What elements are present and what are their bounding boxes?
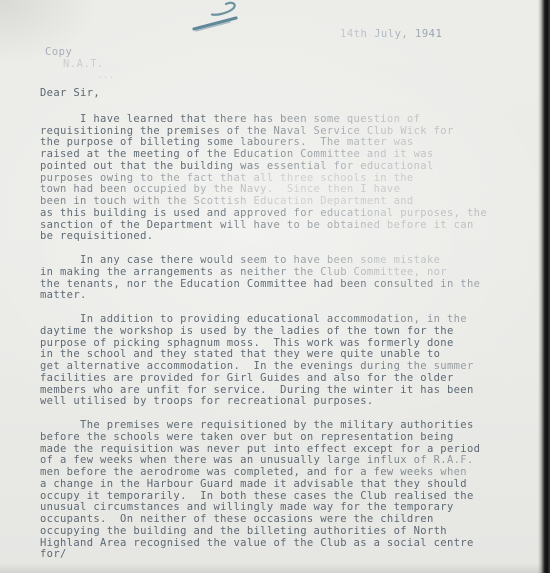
letter-line: matter.	[40, 290, 540, 302]
letter-line: the tenants, nor the Education Committee…	[40, 279, 540, 291]
letter-paragraphs: I have learned that there has been some …	[40, 114, 540, 561]
letter-line: been in touch with the Scottish Educatio…	[40, 196, 540, 208]
letter-line: occupying the building and the billeting…	[40, 526, 540, 538]
letter-line: In addition to providing educational acc…	[40, 314, 540, 326]
document-page: 14th July, 1941 Copy N.A.T. ... Dear Sir…	[0, 0, 550, 573]
letter-line: well utilised by troops for recreational…	[40, 396, 540, 408]
copy-annotation: Copy N.A.T. ...	[45, 46, 115, 82]
letter-line: Highland Area recognised the value of th…	[40, 538, 540, 550]
paragraph: In addition to providing educational acc…	[40, 314, 540, 408]
letter-line: In any case there would seem to have bee…	[40, 255, 540, 267]
letter-line: daytime the workshop is used by the ladi…	[40, 326, 540, 338]
letter-line: The premises were requisitioned by the m…	[40, 420, 540, 432]
paragraph: In any case there would seem to have bee…	[40, 255, 540, 302]
paragraph: The premises were requisitioned by the m…	[40, 420, 540, 561]
paragraph: I have learned that there has been some …	[40, 114, 540, 243]
letter-line: as this building is used and approved fo…	[40, 208, 540, 220]
letter-body: Dear Sir, I have learned that there has …	[40, 88, 540, 573]
salutation: Dear Sir,	[40, 88, 540, 100]
copy-annotation-line: Copy	[45, 46, 115, 58]
copy-annotation-line: N.A.T.	[63, 58, 115, 70]
copy-annotation-line: ...	[97, 70, 115, 82]
letter-line: pointed out that the building was essent…	[40, 161, 540, 173]
letter-line: I have learned that there has been some …	[40, 114, 540, 126]
letter-line: a change in the Harbour Guard made it ad…	[40, 479, 540, 491]
letter-line: for/	[40, 549, 540, 561]
date-line: 14th July, 1941	[340, 28, 442, 40]
letter-line: occupants. On neither of these occasions…	[40, 514, 540, 526]
letter-line: be requisitioned.	[40, 231, 540, 243]
letter-line: get alternative accommodation. In the ev…	[40, 361, 540, 373]
letter-line: men before the aerodrome was completed, …	[40, 467, 540, 479]
handwritten-mark-2	[190, 0, 246, 34]
page-edge-shadow	[538, 0, 550, 573]
letter-line: in making the arrangements as neither th…	[40, 267, 540, 279]
letter-line: before the schools were taken over but o…	[40, 432, 540, 444]
bottom-shadow	[0, 563, 550, 573]
letter-line: facilities are provided for Girl Guides …	[40, 373, 540, 385]
letter-line: raised at the meeting of the Education C…	[40, 149, 540, 161]
